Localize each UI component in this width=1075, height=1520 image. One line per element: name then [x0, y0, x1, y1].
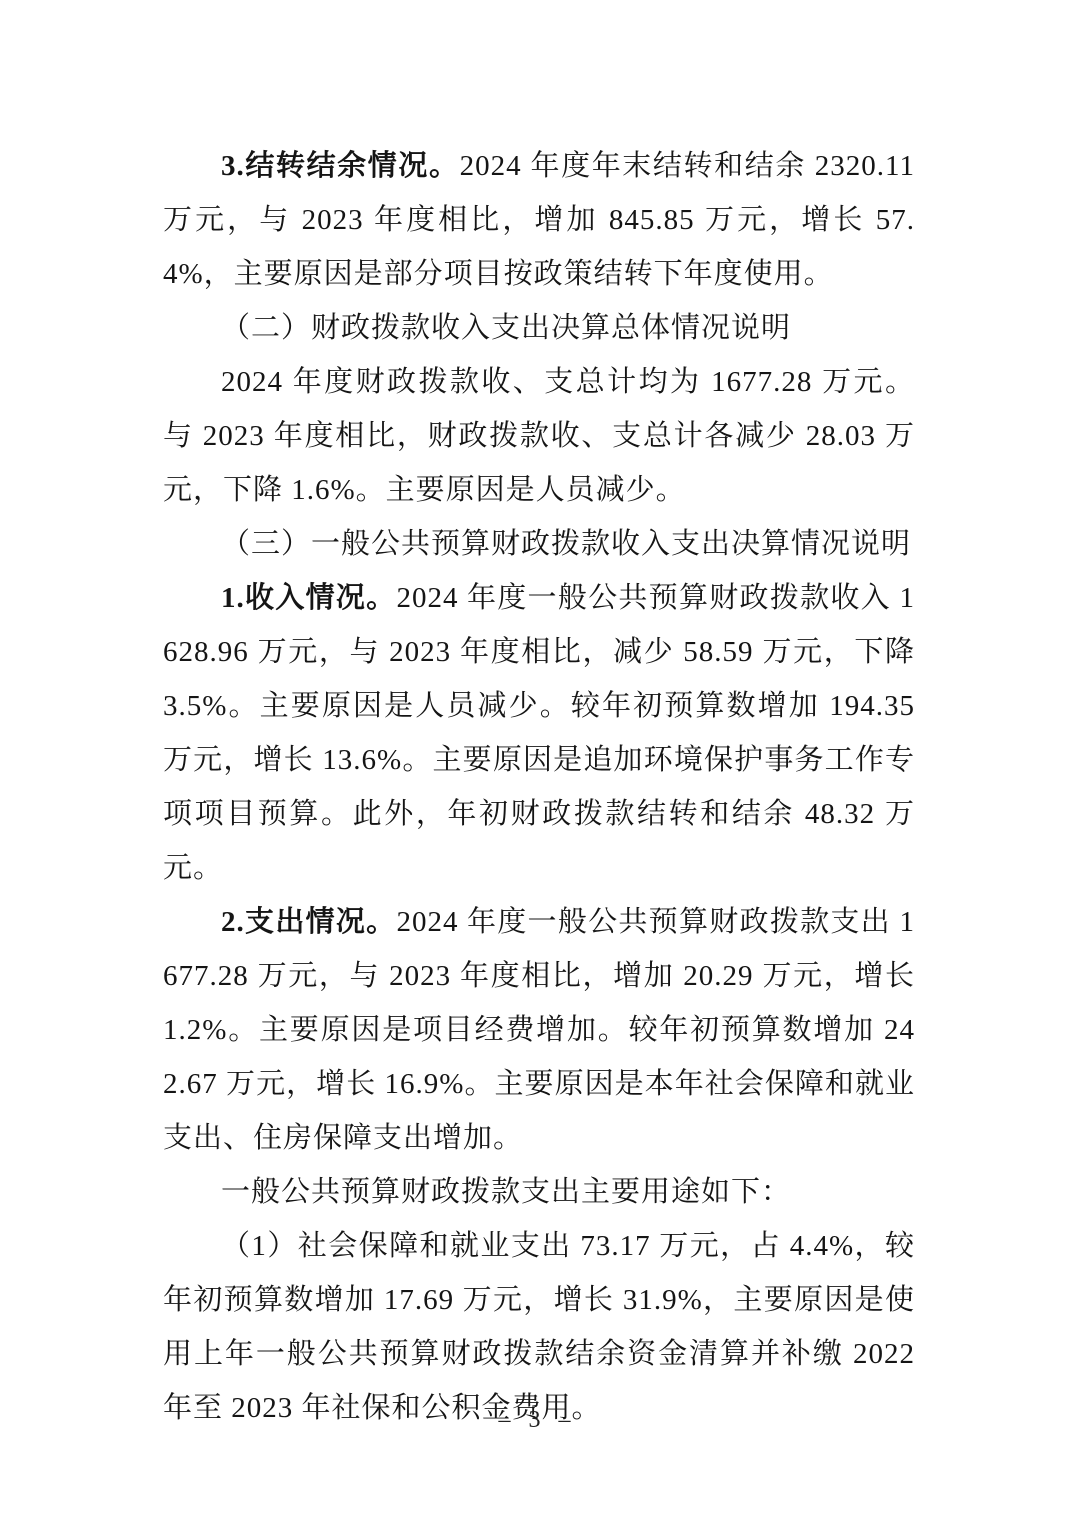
paragraph-usage-item-1-text: （1）社会保障和就业支出 73.17 万元，占 4.4%，较年初预算数增加 17… [163, 1230, 915, 1424]
paragraph-expenditure-text: 2024 年度一般公共预算财政拨款支出 1677.28 万元，与 2023 年度… [163, 906, 915, 1154]
paragraph-income: 1.收入情况。2024 年度一般公共预算财政拨款收入 1628.96 万元，与 … [163, 571, 915, 895]
paragraph-carryover-balance-head: 3.结转结余情况。 [221, 150, 460, 182]
paragraph-usage-intro: 一般公共预算财政拨款支出主要用途如下： [163, 1165, 915, 1219]
section-heading-general-budget-text: （三）一般公共预算财政拨款收入支出决算情况说明 [221, 528, 911, 560]
document-text-block: 3.结转结余情况。2024 年度年末结转和结余 2320.11 万元，与 202… [163, 139, 915, 1435]
paragraph-usage-intro-text: 一般公共预算财政拨款支出主要用途如下： [221, 1176, 791, 1208]
paragraph-carryover-balance: 3.结转结余情况。2024 年度年末结转和结余 2320.11 万元，与 202… [163, 139, 915, 301]
document-page: 3.结转结余情况。2024 年度年末结转和结余 2320.11 万元，与 202… [0, 0, 1075, 1520]
page-number: – 3 – [0, 1400, 1075, 1440]
section-heading-fiscal-appropriation-text: （二）财政拨款收入支出决算总体情况说明 [221, 312, 791, 344]
paragraph-income-text: 2024 年度一般公共预算财政拨款收入 1628.96 万元，与 2023 年度… [163, 582, 915, 884]
section-heading-general-budget: （三）一般公共预算财政拨款收入支出决算情况说明 [163, 517, 915, 571]
paragraph-fiscal-total-text: 2024 年度财政拨款收、支总计均为 1677.28 万元。与 2023 年度相… [163, 366, 915, 506]
section-heading-fiscal-appropriation: （二）财政拨款收入支出决算总体情况说明 [163, 301, 915, 355]
paragraph-income-head: 1.收入情况。 [221, 582, 396, 614]
paragraph-expenditure-head: 2.支出情况。 [221, 906, 396, 938]
paragraph-fiscal-total: 2024 年度财政拨款收、支总计均为 1677.28 万元。与 2023 年度相… [163, 355, 915, 517]
paragraph-expenditure: 2.支出情况。2024 年度一般公共预算财政拨款支出 1677.28 万元，与 … [163, 895, 915, 1165]
